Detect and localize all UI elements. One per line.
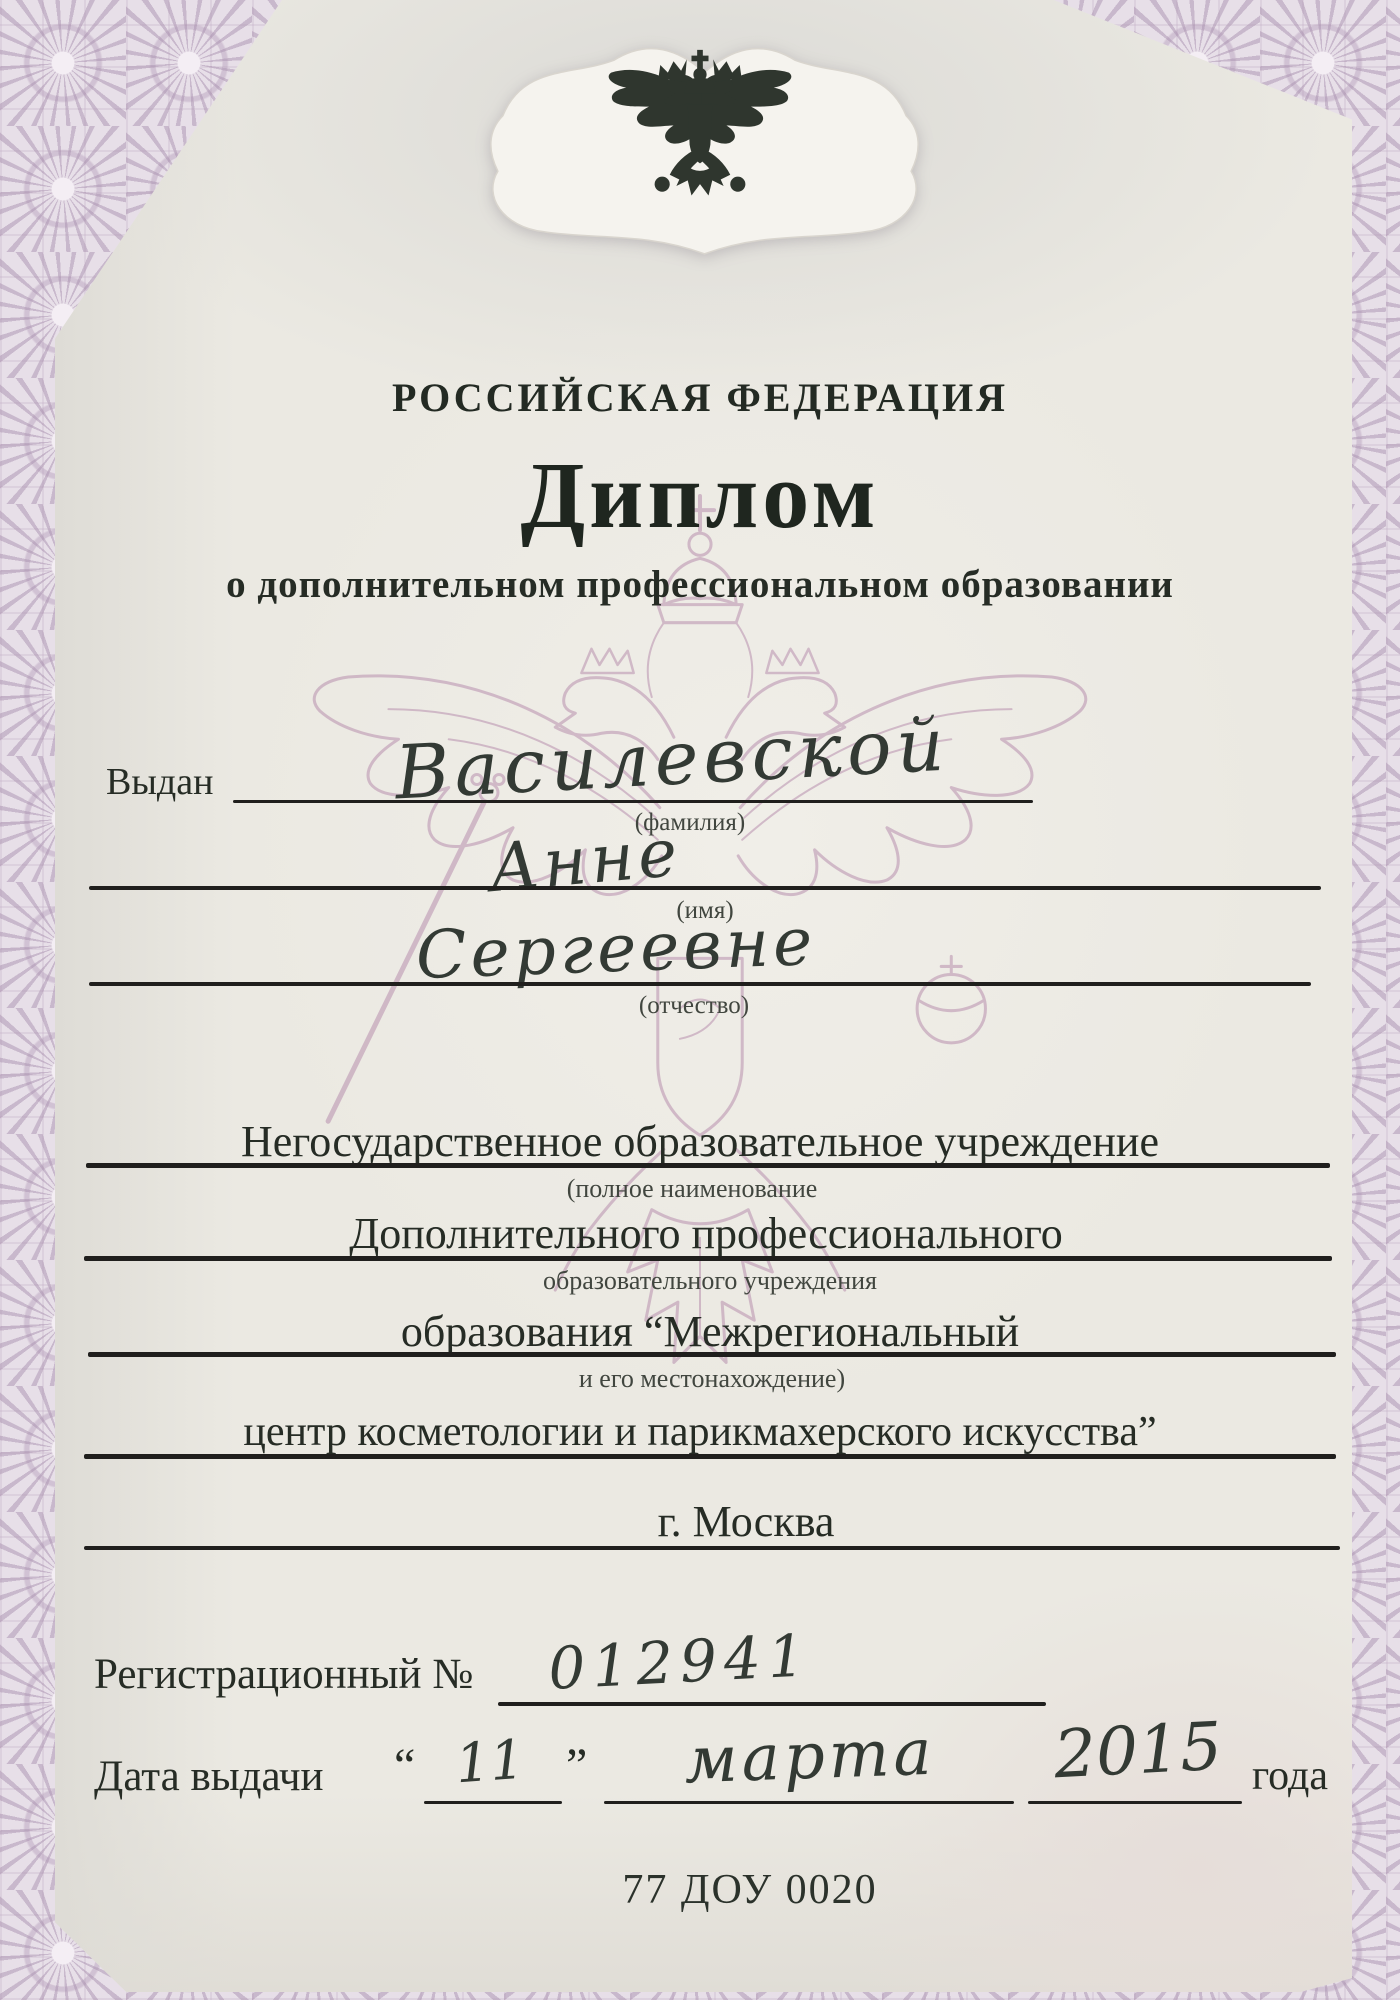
institution-line2: Дополнительного профессионального [6,1208,1400,1259]
year-suffix: года [1252,1752,1328,1800]
institution-line3: образования “Межрегиональный [10,1306,1400,1357]
institution-line3-rule [88,1352,1336,1357]
day-line [424,1801,562,1804]
month-line [604,1801,1014,1804]
institution-line4: центр косметологии и парикмахерского иск… [0,1408,1400,1456]
country-header: РОССИЙСКАЯ ФЕДЕРАЦИЯ [0,374,1400,421]
institution-line3-caption: и его местонахождение) [12,1364,1400,1394]
institution-line1-rule [86,1163,1330,1168]
institution-line2-caption: образовательного учреждения [10,1266,1400,1296]
patronymic-line [89,982,1311,986]
city-rule [84,1546,1340,1550]
diploma-title: Диплом [0,442,1400,550]
day-handwritten: 11 [418,1725,562,1798]
institution-line1-caption: (полное наименование [0,1174,1392,1204]
russian-coat-of-arms-icon [596,46,804,224]
institution-line1: Негосударственное образовательное учрежд… [0,1116,1400,1167]
patronymic-caption: (отчество) [0,992,1394,1020]
institution-city: г. Москва [46,1496,1400,1547]
institution-line4-rule [84,1454,1336,1459]
form-number: 77 ДОУ 0020 [50,1866,1400,1914]
year-line [1028,1801,1242,1804]
first-name-line [89,886,1321,890]
issue-date-label: Дата выдачи [94,1752,324,1801]
registration-label: Регистрационный № [94,1650,473,1699]
month-handwritten: марта [599,1713,1021,1802]
close-quote: ” [566,1738,587,1793]
registration-line [498,1702,1046,1706]
open-quote: “ [394,1738,415,1793]
year-handwritten: 2015 [1026,1706,1250,1794]
diploma-photo: РОССИЙСКАЯ ФЕДЕРАЦИЯ Диплом о дополнител… [0,0,1400,2000]
diploma-subtitle: о дополнительном профессиональном образо… [0,562,1400,607]
institution-line2-rule [84,1256,1332,1261]
